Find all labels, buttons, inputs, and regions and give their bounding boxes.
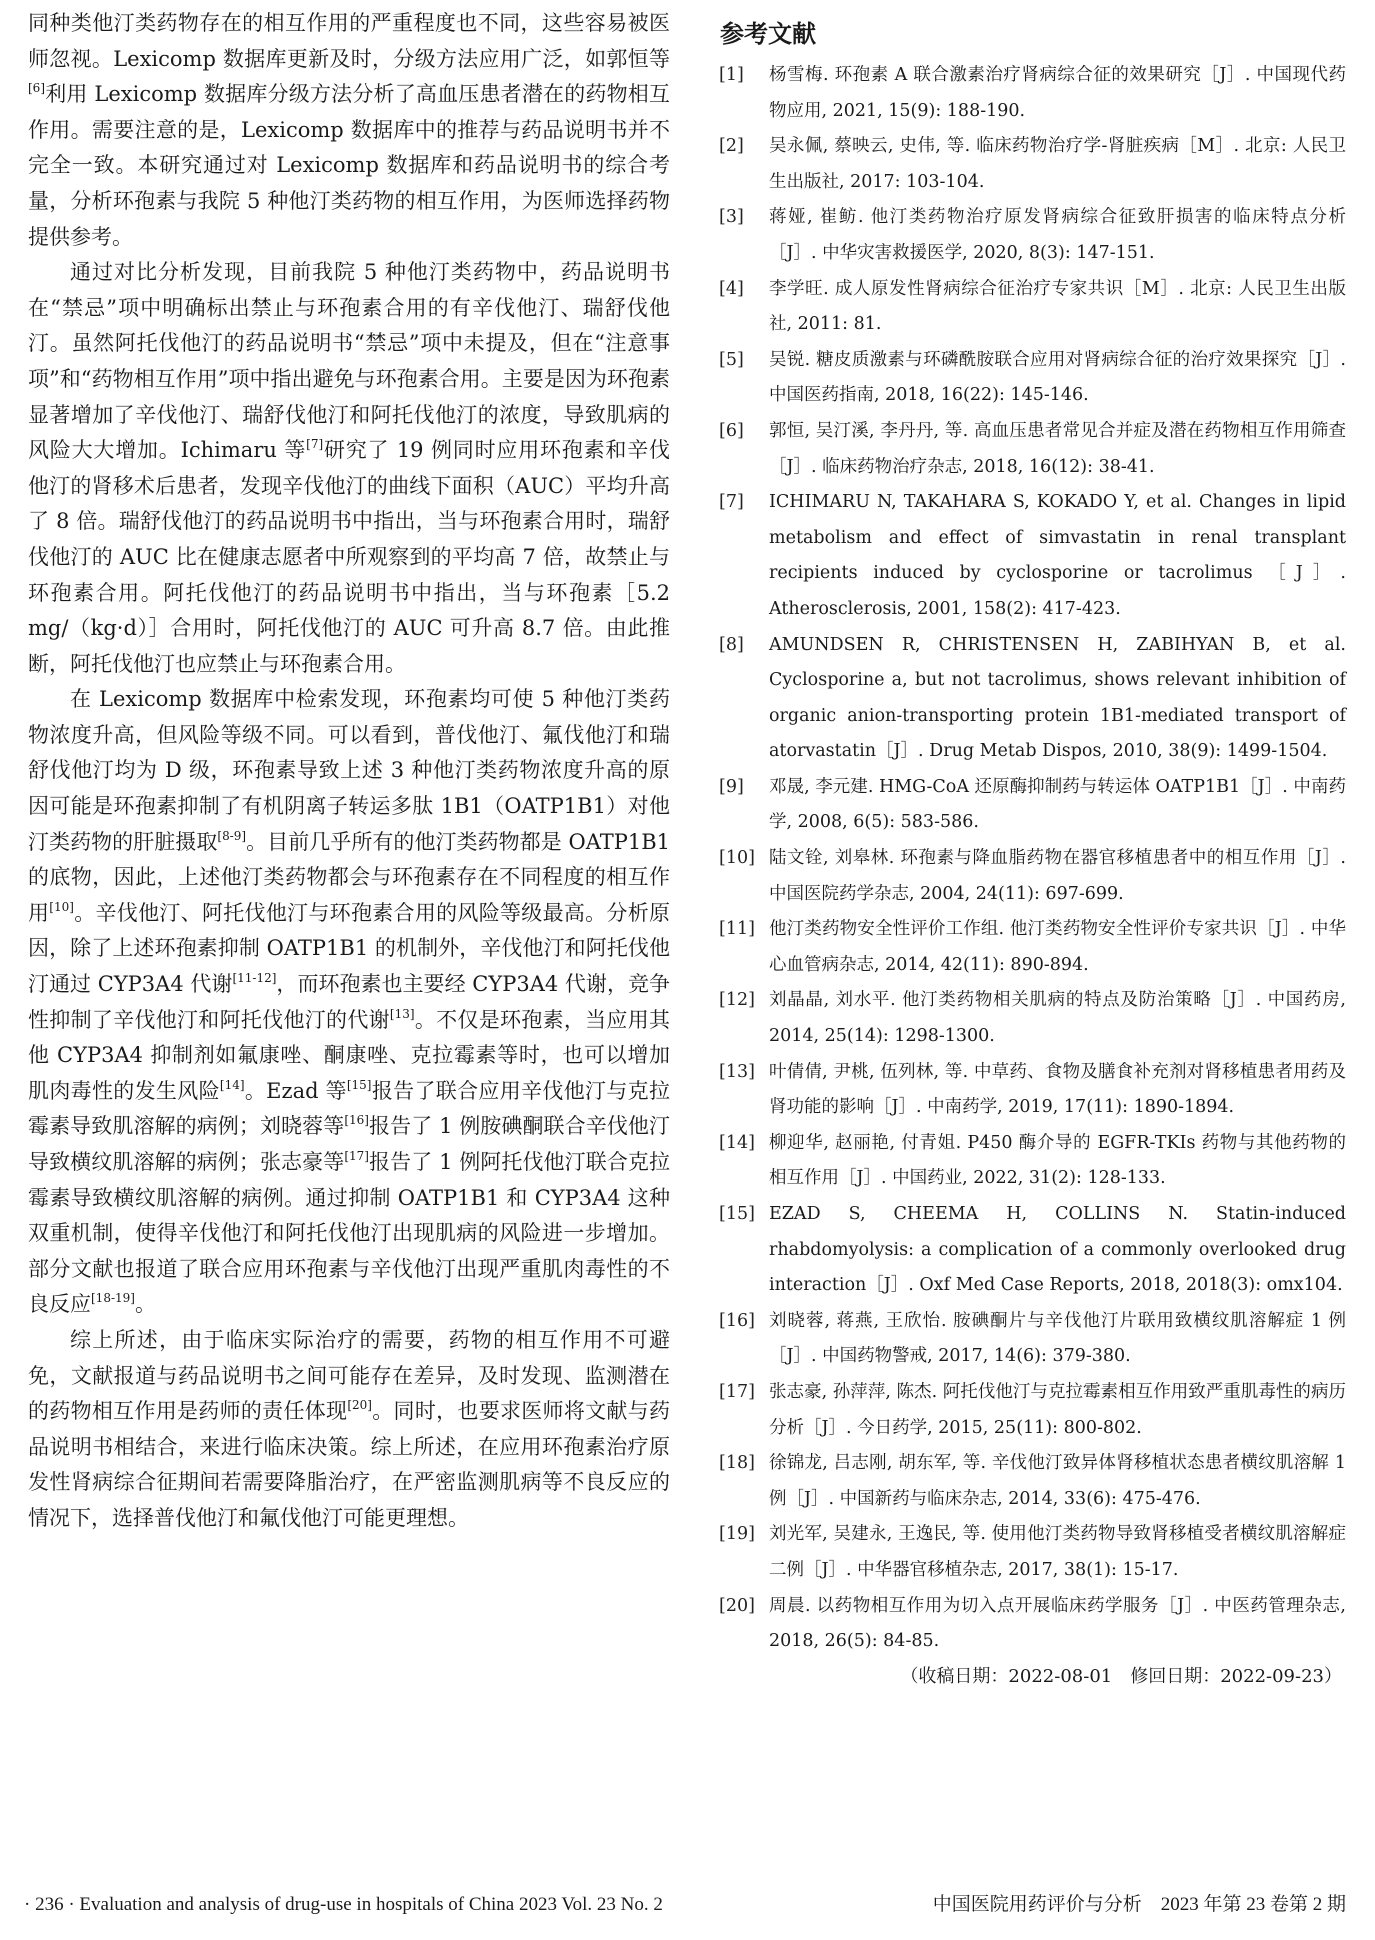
reference-number: [20] <box>712 1589 769 1660</box>
reference-number: [16] <box>712 1304 769 1375</box>
reference-number: [17] <box>712 1375 769 1446</box>
reference-number: [1] <box>712 58 769 129</box>
body-text: 通过对比分析发现，目前我院 5 种他汀类药物中，药品说明书在“禁忌”项中明确标出… <box>28 260 670 462</box>
reference-item: [7]ICHIMARU N, TAKAHARA S, KOKADO Y, et … <box>712 485 1346 627</box>
reference-number: [10] <box>712 841 769 912</box>
reference-number: [19] <box>712 1517 769 1588</box>
reference-item: [8]AMUNDSEN R, CHRISTENSEN H, ZABIHYAN B… <box>712 628 1346 770</box>
citation-marker[interactable]: [13] <box>390 1007 415 1021</box>
reference-item: [16]刘晓蓉, 蒋燕, 王欣怡. 胺碘酮片与辛伐他汀片联用致横纹肌溶解症 1 … <box>712 1304 1346 1375</box>
citation-marker[interactable]: [14] <box>220 1078 245 1092</box>
reference-item: [15]EZAD S, CHEEMA H, COLLINS N. Statin-… <box>712 1197 1346 1304</box>
body-paragraph: 综上所述，由于临床实际治疗的需要，药物的相互作用不可避免，文献报道与药品说明书之… <box>28 1323 670 1537</box>
body-text: 利用 Lexicomp 数据库分级方法分析了高血压患者潜在的药物相互作用。需要注… <box>28 82 670 248</box>
reference-text: 他汀类药物安全性评价工作组. 他汀类药物安全性评价专家共识［J］. 中华心血管病… <box>769 912 1346 983</box>
reference-item: [4]李学旺. 成人原发性肾病综合征治疗专家共识［M］. 北京: 人民卫生出版社… <box>712 272 1346 343</box>
reference-text: 刘晓蓉, 蒋燕, 王欣怡. 胺碘酮片与辛伐他汀片联用致横纹肌溶解症 1 例［J］… <box>769 1304 1346 1375</box>
reference-text: 杨雪梅. 环孢素 A 联合激素治疗肾病综合征的效果研究［J］. 中国现代药物应用… <box>769 58 1346 129</box>
body-text: 研究了 19 例同时应用环孢素和辛伐他汀的肾移术后患者，发现辛伐他汀的曲线下面积… <box>28 438 670 676</box>
reference-item: [10]陆文铨, 刘皋林. 环孢素与降血脂药物在器官移植患者中的相互作用［J］.… <box>712 841 1346 912</box>
reference-number: [2] <box>712 129 769 200</box>
reference-item: [2]吴永佩, 蔡映云, 史伟, 等. 临床药物治疗学-肾脏疾病［M］. 北京:… <box>712 129 1346 200</box>
reference-text: 吴锐. 糖皮质激素与环磷酰胺联合应用对肾病综合征的治疗效果探究［J］. 中国医药… <box>769 343 1346 414</box>
reference-text: 刘光军, 吴建永, 王逸民, 等. 使用他汀类药物导致肾移植受者横纹肌溶解症二例… <box>769 1517 1346 1588</box>
reference-text: 李学旺. 成人原发性肾病综合征治疗专家共识［M］. 北京: 人民卫生出版社, 2… <box>769 272 1346 343</box>
reference-item: [13]叶倩倩, 尹桃, 伍列林, 等. 中草药、食物及膳食补充剂对肾移植患者用… <box>712 1055 1346 1126</box>
reference-number: [14] <box>712 1126 769 1197</box>
reference-number: [13] <box>712 1055 769 1126</box>
reference-text: 吴永佩, 蔡映云, 史伟, 等. 临床药物治疗学-肾脏疾病［M］. 北京: 人民… <box>769 129 1346 200</box>
reference-text: 刘晶晶, 刘水平. 他汀类药物相关肌病的特点及防治策略［J］. 中国药房, 20… <box>769 983 1346 1054</box>
reference-number: [3] <box>712 200 769 271</box>
citation-marker[interactable]: [7] <box>306 437 323 451</box>
reference-number: [8] <box>712 628 769 770</box>
submission-dates: （收稿日期：2022-08-01 修回日期：2022-09-23） <box>712 1660 1346 1694</box>
citation-marker[interactable]: [11-12] <box>232 971 276 985</box>
citation-marker[interactable]: [8-9] <box>217 829 246 843</box>
reference-text: 郭恒, 吴汀溪, 李丹丹, 等. 高血压患者常见合并症及潜在药物相互作用筛查［J… <box>769 414 1346 485</box>
reference-text: ICHIMARU N, TAKAHARA S, KOKADO Y, et al.… <box>769 485 1346 627</box>
reference-text: 柳迎华, 赵丽艳, 付青姐. P450 酶介导的 EGFR-TKIs 药物与其他… <box>769 1126 1346 1197</box>
citation-marker[interactable]: [10] <box>49 900 74 914</box>
reference-number: [7] <box>712 485 769 627</box>
citation-marker[interactable]: [18-19] <box>91 1291 135 1305</box>
reference-number: [9] <box>712 770 769 841</box>
reference-item: [12]刘晶晶, 刘水平. 他汀类药物相关肌病的特点及防治策略［J］. 中国药房… <box>712 983 1346 1054</box>
reference-item: [20]周晨. 以药物相互作用为切入点开展临床药学服务［J］. 中医药管理杂志,… <box>712 1589 1346 1660</box>
citation-marker[interactable]: [6] <box>28 81 45 95</box>
reference-item: [3]蒋娅, 崔鲂. 他汀类药物治疗原发肾病综合征致肝损害的临床特点分析［J］.… <box>712 200 1346 271</box>
footer-journal-english: · 236 · Evaluation and analysis of drug-… <box>24 1890 663 1920</box>
reference-item: [5]吴锐. 糖皮质激素与环磷酰胺联合应用对肾病综合征的治疗效果探究［J］. 中… <box>712 343 1346 414</box>
citation-marker[interactable]: [17] <box>344 1149 369 1163</box>
reference-number: [4] <box>712 272 769 343</box>
reference-list: [1]杨雪梅. 环孢素 A 联合激素治疗肾病综合征的效果研究［J］. 中国现代药… <box>712 58 1346 1660</box>
reference-number: [15] <box>712 1197 769 1304</box>
body-text: 同种类他汀类药物存在的相互作用的严重程度也不同，这些容易被医师忽视。Lexico… <box>28 11 670 71</box>
reference-number: [18] <box>712 1446 769 1517</box>
reference-item: [1]杨雪梅. 环孢素 A 联合激素治疗肾病综合征的效果研究［J］. 中国现代药… <box>712 58 1346 129</box>
body-text: 。Ezad 等 <box>245 1079 347 1103</box>
reference-item: [17]张志豪, 孙萍萍, 陈杰. 阿托伐他汀与克拉霉素相互作用致严重肌毒性的病… <box>712 1375 1346 1446</box>
reference-number: [11] <box>712 912 769 983</box>
reference-text: 陆文铨, 刘皋林. 环孢素与降血脂药物在器官移植患者中的相互作用［J］. 中国医… <box>769 841 1346 912</box>
reference-item: [9]邓晟, 李元建. HMG-CoA 还原酶抑制药与转运体 OATP1B1［J… <box>712 770 1346 841</box>
reference-text: 周晨. 以药物相互作用为切入点开展临床药学服务［J］. 中医药管理杂志, 201… <box>769 1589 1346 1660</box>
reference-item: [14]柳迎华, 赵丽艳, 付青姐. P450 酶介导的 EGFR-TKIs 药… <box>712 1126 1346 1197</box>
reference-item: [6]郭恒, 吴汀溪, 李丹丹, 等. 高血压患者常见合并症及潜在药物相互作用筛… <box>712 414 1346 485</box>
reference-text: 张志豪, 孙萍萍, 陈杰. 阿托伐他汀与克拉霉素相互作用致严重肌毒性的病历分析［… <box>769 1375 1346 1446</box>
body-paragraph: 同种类他汀类药物存在的相互作用的严重程度也不同，这些容易被医师忽视。Lexico… <box>28 6 670 255</box>
reference-text: AMUNDSEN R, CHRISTENSEN H, ZABIHYAN B, e… <box>769 628 1346 770</box>
footer-journal-chinese: 中国医院用药评价与分析 2023 年第 23 卷第 2 期 <box>933 1890 1346 1920</box>
reference-text: EZAD S, CHEEMA H, COLLINS N. Statin-indu… <box>769 1197 1346 1304</box>
reference-text: 邓晟, 李元建. HMG-CoA 还原酶抑制药与转运体 OATP1B1［J］. … <box>769 770 1346 841</box>
citation-marker[interactable]: [16] <box>344 1113 369 1127</box>
body-paragraph: 通过对比分析发现，目前我院 5 种他汀类药物中，药品说明书在“禁忌”项中明确标出… <box>28 255 670 682</box>
reference-number: [5] <box>712 343 769 414</box>
reference-item: [18]徐锦龙, 吕志刚, 胡东军, 等. 辛伐他汀致异体肾移植状态患者横纹肌溶… <box>712 1446 1346 1517</box>
references-heading: 参考文献 <box>720 18 1346 50</box>
reference-text: 叶倩倩, 尹桃, 伍列林, 等. 中草药、食物及膳食补充剂对肾移植患者用药及肾功… <box>769 1055 1346 1126</box>
citation-marker[interactable]: [20] <box>347 1398 372 1412</box>
reference-number: [6] <box>712 414 769 485</box>
body-text: 。 <box>135 1292 156 1316</box>
body-column: 同种类他汀类药物存在的相互作用的严重程度也不同，这些容易被医师忽视。Lexico… <box>28 6 670 1537</box>
citation-marker[interactable]: [15] <box>347 1078 372 1092</box>
reference-item: [19]刘光军, 吴建永, 王逸民, 等. 使用他汀类药物导致肾移植受者横纹肌溶… <box>712 1517 1346 1588</box>
page-footer: · 236 · Evaluation and analysis of drug-… <box>24 1890 1346 1920</box>
body-paragraph: 在 Lexicomp 数据库中检索发现，环孢素均可使 5 种他汀类药物浓度升高，… <box>28 682 670 1323</box>
reference-number: [12] <box>712 983 769 1054</box>
references-section: 参考文献 [1]杨雪梅. 环孢素 A 联合激素治疗肾病综合征的效果研究［J］. … <box>712 18 1346 1694</box>
reference-text: 徐锦龙, 吕志刚, 胡东军, 等. 辛伐他汀致异体肾移植状态患者横纹肌溶解 1 … <box>769 1446 1346 1517</box>
reference-text: 蒋娅, 崔鲂. 他汀类药物治疗原发肾病综合征致肝损害的临床特点分析［J］. 中华… <box>769 200 1346 271</box>
reference-item: [11]他汀类药物安全性评价工作组. 他汀类药物安全性评价专家共识［J］. 中华… <box>712 912 1346 983</box>
